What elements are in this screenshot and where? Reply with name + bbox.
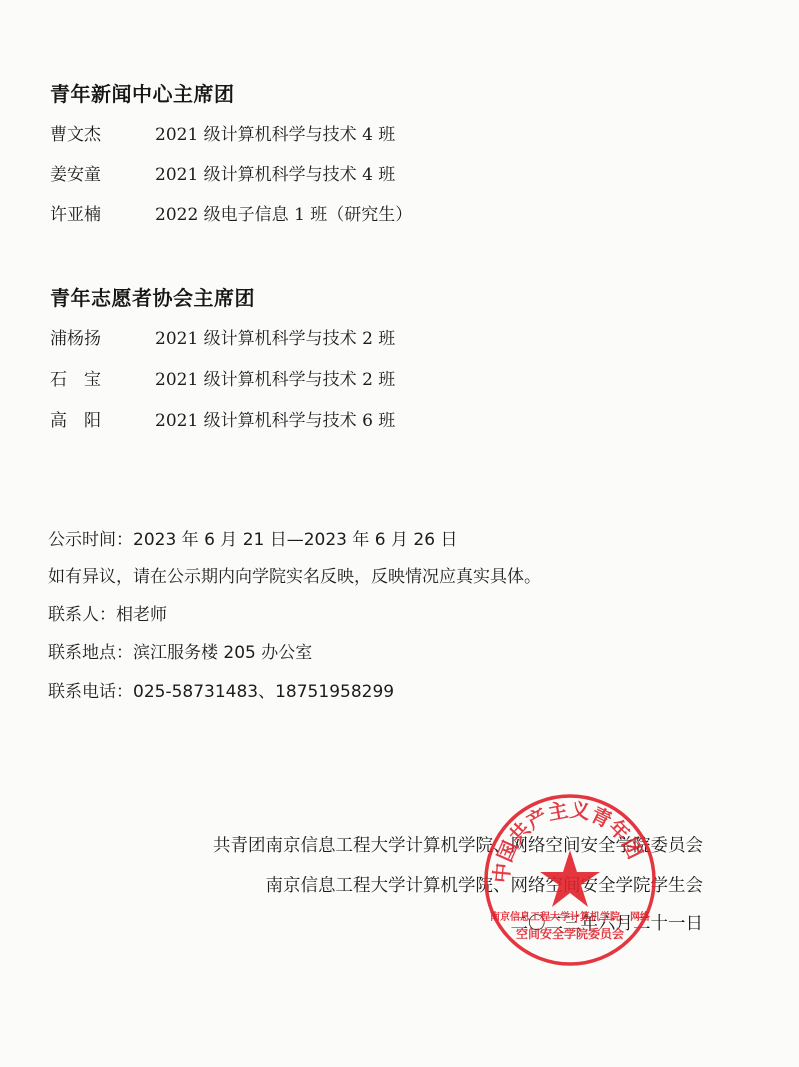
member-row: 许亚楠2022 级电子信息 1 班（研究生） bbox=[50, 200, 412, 225]
member-row: 高 阳2021 级计算机科学与技术 6 班 bbox=[50, 406, 395, 431]
member-row: 曹文杰2021 级计算机科学与技术 4 班 bbox=[50, 120, 395, 145]
member-row: 浦杨扬2021 级计算机科学与技术 2 班 bbox=[50, 324, 395, 349]
member-name: 浦杨扬 bbox=[50, 324, 155, 349]
notice-period: 公示时间：2023 年 6 月 21 日—2023 年 6 月 26 日 bbox=[48, 525, 457, 550]
member-class: 2022 级电子信息 1 班（研究生） bbox=[155, 200, 412, 225]
signature-date: 二〇二三年六月二十一日 bbox=[511, 910, 704, 935]
member-row: 姜安童2021 级计算机科学与技术 4 班 bbox=[50, 160, 395, 185]
member-row: 石 宝2021 级计算机科学与技术 2 班 bbox=[50, 365, 395, 390]
contact-person: 联系人：相老师 bbox=[48, 600, 167, 625]
member-name: 曹文杰 bbox=[50, 120, 155, 145]
notice-objection: 如有异议，请在公示期内向学院实名反映，反映情况应真实具体。 bbox=[48, 562, 541, 587]
member-name: 石 宝 bbox=[50, 365, 155, 390]
signature-org-student-union: 南京信息工程大学计算机学院、网络空间安全学院学生会 bbox=[266, 872, 704, 897]
member-class: 2021 级计算机科学与技术 4 班 bbox=[155, 120, 395, 145]
member-name: 姜安童 bbox=[50, 160, 155, 185]
section-title-volunteer-association: 青年志愿者协会主席团 bbox=[50, 282, 255, 311]
contact-address: 联系地点：滨江服务楼 205 办公室 bbox=[48, 638, 312, 663]
document-page: 青年新闻中心主席团 曹文杰2021 级计算机科学与技术 4 班 姜安童2021 … bbox=[0, 0, 799, 1067]
signature-org-youth-league: 共青团南京信息工程大学计算机学院、网络空间安全学院委员会 bbox=[213, 832, 703, 857]
member-class: 2021 级计算机科学与技术 2 班 bbox=[155, 324, 395, 349]
member-name: 许亚楠 bbox=[50, 200, 155, 225]
contact-phone: 联系电话：025-58731483、18751958299 bbox=[48, 677, 394, 702]
member-class: 2021 级计算机科学与技术 6 班 bbox=[155, 406, 395, 431]
member-class: 2021 级计算机科学与技术 4 班 bbox=[155, 160, 395, 185]
section-title-news-center: 青年新闻中心主席团 bbox=[50, 78, 235, 107]
member-name: 高 阳 bbox=[50, 406, 155, 431]
member-class: 2021 级计算机科学与技术 2 班 bbox=[155, 365, 395, 390]
